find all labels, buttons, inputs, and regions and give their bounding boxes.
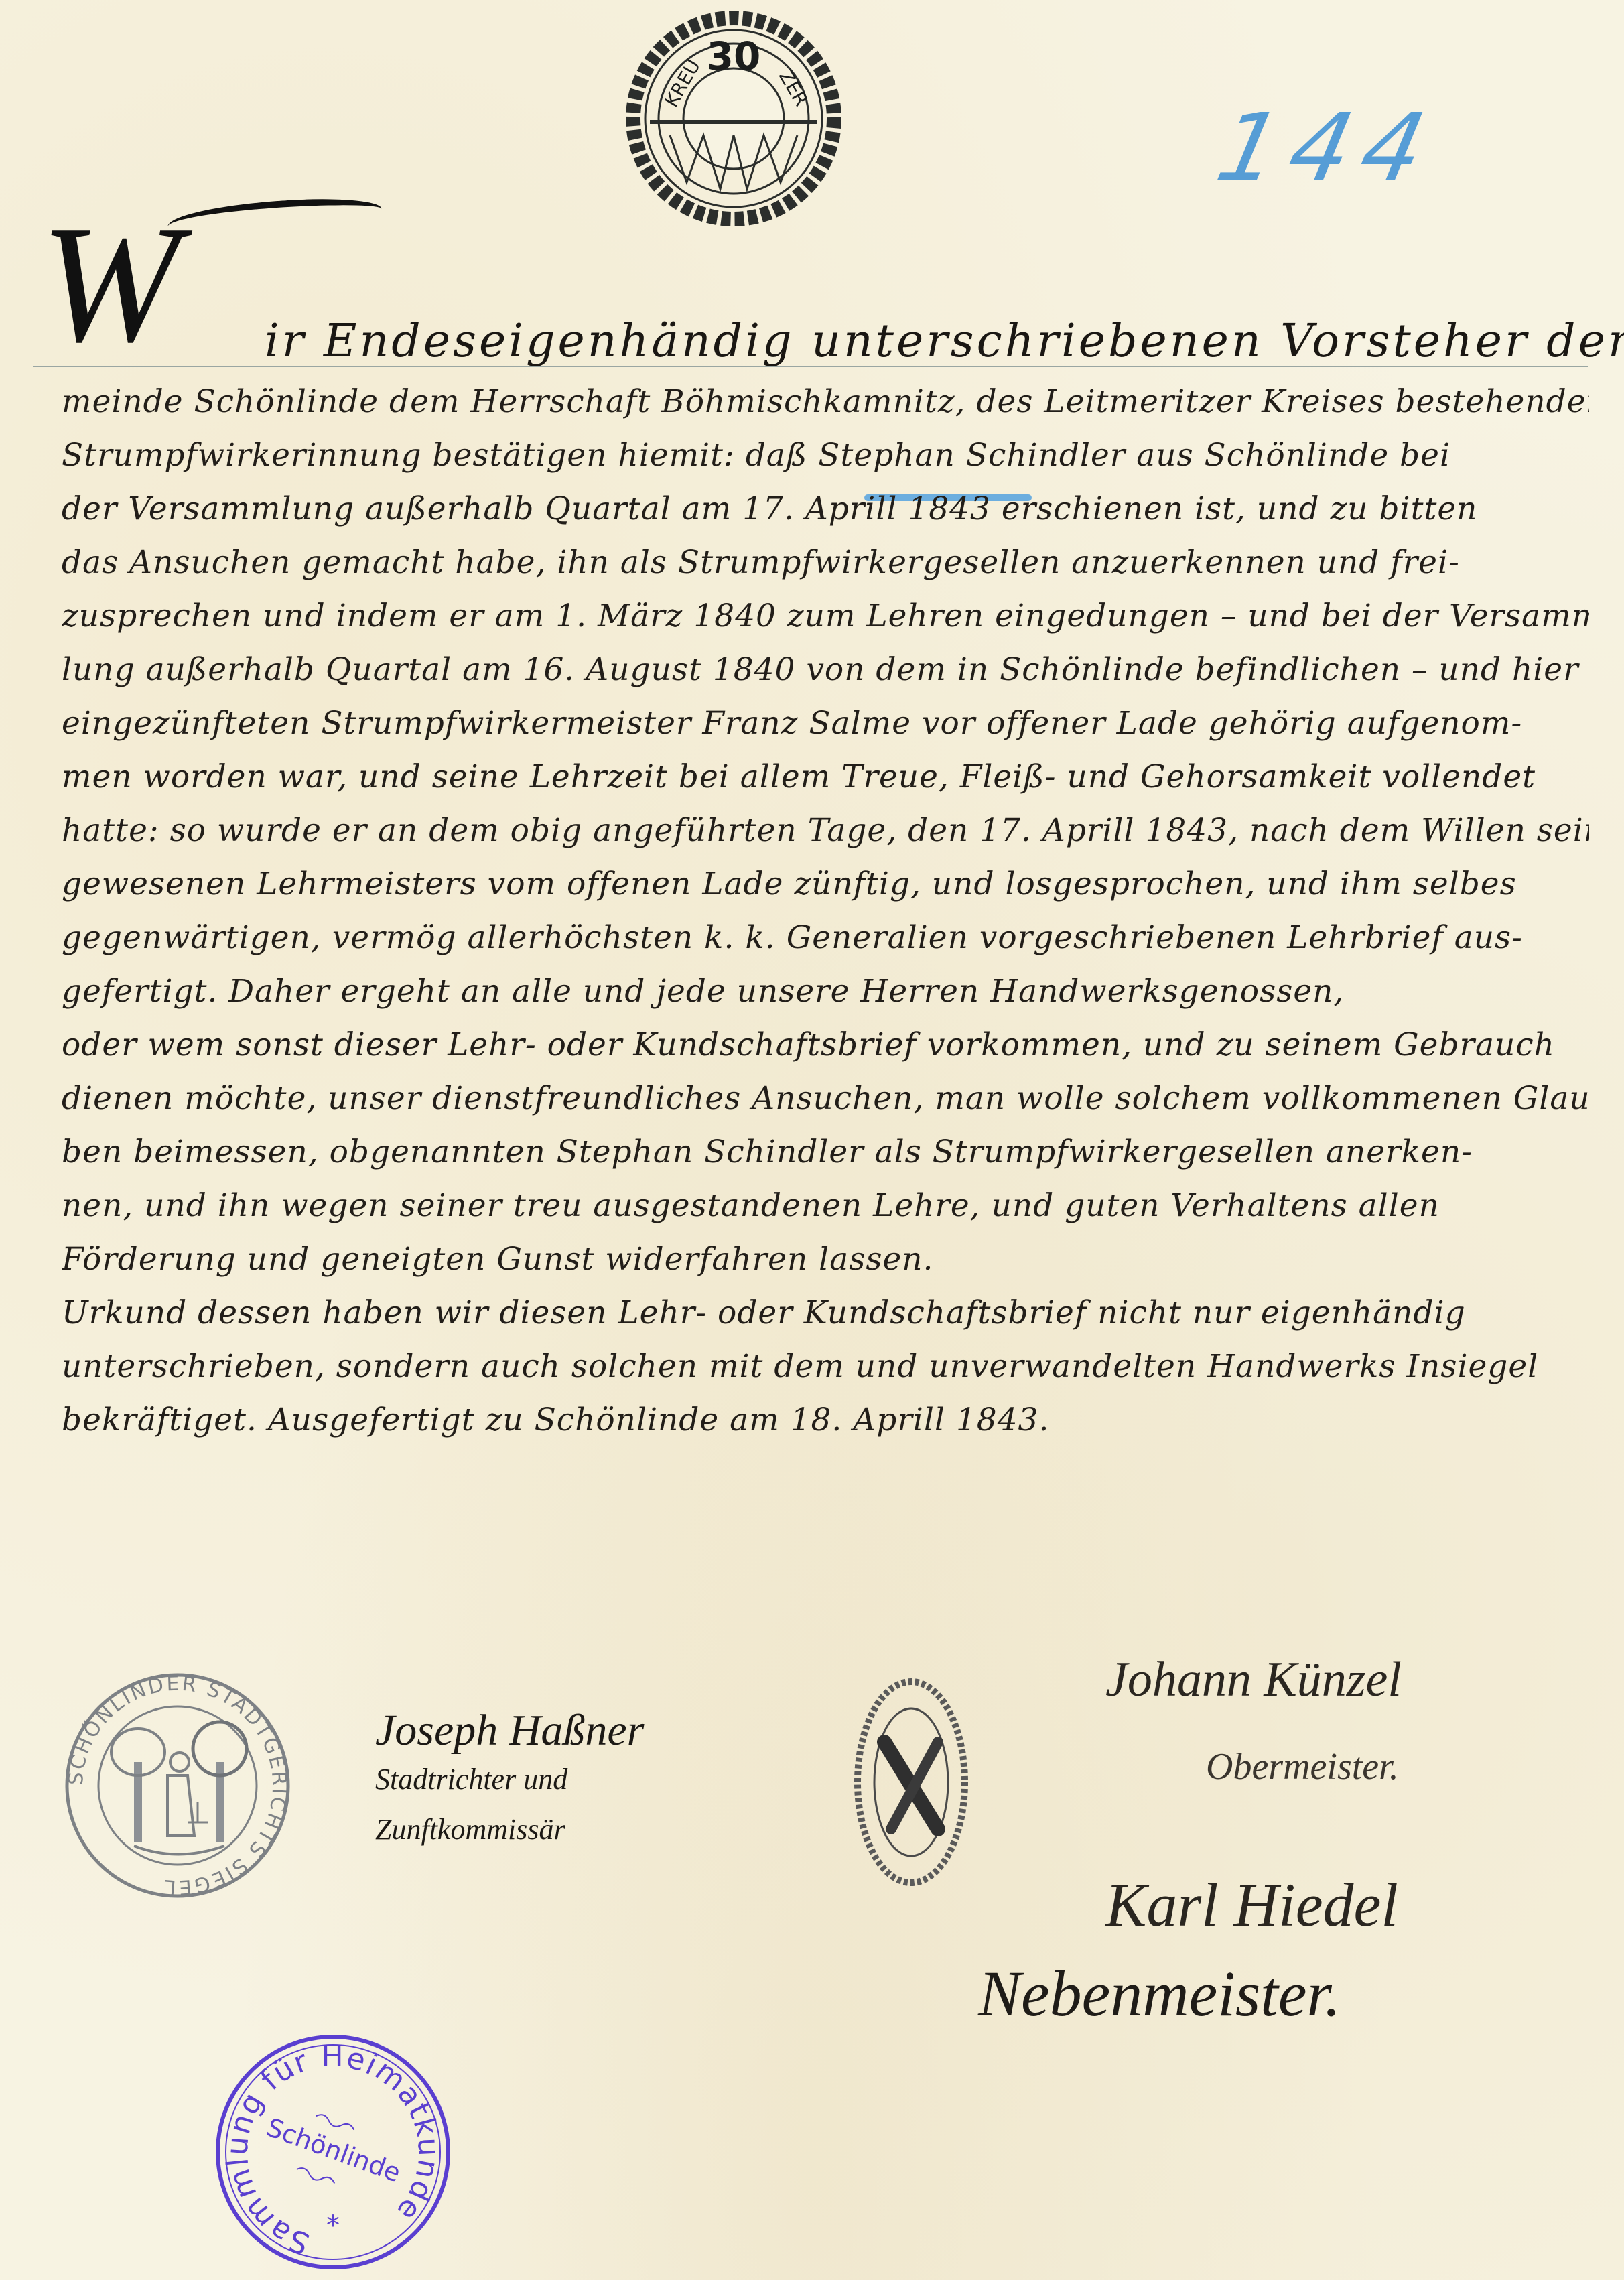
signature-joseph-role: Stadtrichter und [375,1762,567,1796]
body-line: unterschrieben, sondern auch solchen mit… [62,1340,1589,1394]
document-body: meinde Schönlinde dem Herrschaft Böhmisc… [62,375,1589,1447]
signature-johann: Johann Künzel [1105,1652,1402,1708]
body-line: hatte: so wurde er an dem obig angeführt… [62,804,1589,858]
body-line: Urkund dessen haben wir diesen Lehr- ode… [62,1286,1589,1340]
body-line: lung außerhalb Quartal am 16. August 184… [62,643,1589,697]
body-line: der Versammlung außerhalb Quartal am 17.… [62,482,1589,536]
body-line: zusprechen und indem er am 1. März 1840 … [62,590,1589,643]
signature-joseph: Joseph Haßner [375,1705,644,1756]
body-line: eingezünfteten Strumpfwirkermeister Fran… [62,697,1589,750]
body-line: gewesenen Lehrmeisters vom offenen Lade … [62,858,1589,911]
body-line: das Ansuchen gemacht habe, ihn als Strum… [62,536,1589,590]
archive-number: 144 [1208,94,1446,203]
svg-text:Schönlinde: Schönlinde [263,2113,405,2188]
body-line: Förderung und geneigten Gunst widerfahre… [62,1233,1589,1286]
body-line: Strumpfwirkerinnung bestätigen hiemit: d… [62,429,1589,482]
header-line: ir Endeseigenhändig unterschriebenen Vor… [265,315,1624,368]
body-line: gefertigt. Daher ergeht an alle und jede… [62,965,1589,1018]
city-court-seal: SCHÖNLINDER STADTGERICHTS SIEGEL [60,1668,295,1903]
ruled-line [33,366,1588,367]
city-seal-icon: SCHÖNLINDER STADTGERICHTS SIEGEL [60,1668,295,1903]
revenue-stamp-icon: 30 KREU ZER [623,8,844,229]
body-line: nen, und ihn wegen seiner treu ausgestan… [62,1179,1589,1233]
body-line: bekräftiget. Ausgefertigt zu Schönlinde … [62,1394,1589,1447]
body-line: oder wem sonst dieser Lehr- oder Kundsch… [62,1018,1589,1072]
body-line: men worden war, und seine Lehrzeit bei a… [62,750,1589,804]
body-line: ben beimessen, obgenannten Stephan Schin… [62,1126,1589,1179]
signature-joseph-role2: Zunftkommissär [375,1812,565,1847]
museum-stamp-icon: Sammlung für Heimatkunde * Schönlinde [211,2030,456,2275]
svg-text:30: 30 [707,33,761,79]
initial-flourish [167,196,383,241]
revenue-stamp: 30 KREU ZER [623,8,844,229]
svg-text:*: * [326,2210,340,2241]
guild-seal-icon [854,1675,968,1889]
body-line: meinde Schönlinde dem Herrschaft Böhmisc… [62,375,1589,429]
signature-johann-role: Obermeister. [1206,1745,1399,1788]
guild-seal [854,1675,968,1889]
ornamental-initial: W [40,201,180,368]
museum-stamp: Sammlung für Heimatkunde * Schönlinde [211,2030,456,2275]
signature-karl-role: Nebenmeister. [978,1956,1341,2031]
signature-karl: Karl Hiedel [1105,1869,1398,1940]
body-line: dienen möchte, unser dienstfreundliches … [62,1072,1589,1126]
body-line: gegenwärtigen, vermög allerhöchsten k. k… [62,911,1589,965]
